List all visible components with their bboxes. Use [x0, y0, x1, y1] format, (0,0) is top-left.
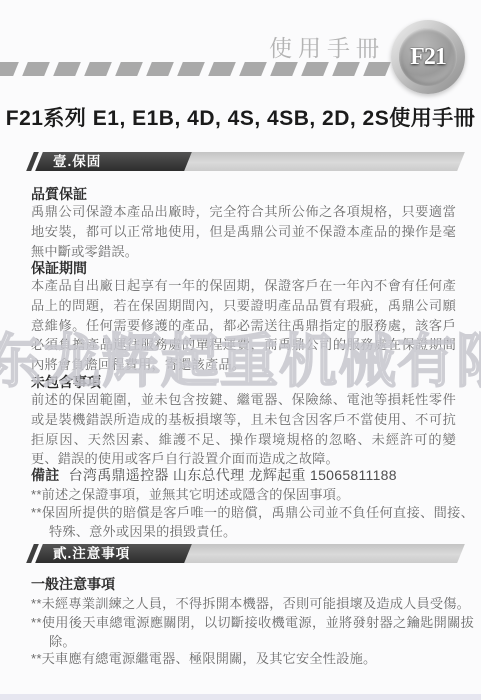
heading-general-precautions: 一般注意事項 — [31, 574, 456, 594]
distributor-note: 備註台湾禹鼎遥控器 山东总代理 龙辉起重 15065811188 — [31, 465, 456, 485]
precaution-bullet-3: **天車應有總電源繼電器、極限開關，及其它安全性設施。 — [31, 649, 474, 668]
heading-warranty-period: 保証期間 — [31, 258, 456, 278]
f21-badge-label: F21 — [410, 44, 446, 71]
paragraph-warranty-period: 本產品自出廠日起享有一年的保固期，保證客戶在一年內不會有任何產品上的問題，若在保… — [31, 276, 456, 375]
stripe — [363, 62, 391, 76]
stripe — [332, 62, 360, 76]
f21-badge: F21 — [391, 20, 465, 94]
precaution-bullet-2: **使用後天車總電源應關閉，以切斷接收機電源，並將發射器之鑰匙開關拔除。 — [31, 613, 474, 651]
stripe — [177, 62, 205, 76]
paragraph-quality-guarantee: 禹鼎公司保證本產品出廠時，完全符合其所公佈之各項規格，只要適當地安裝，都可以正常… — [31, 202, 456, 261]
warranty-bullet-2: **保固所提供的賠償是客戶唯一的賠償，禹鼎公司並不負任何直接、間接、特殊、意外或… — [31, 503, 474, 541]
header-stripe-band — [0, 62, 398, 76]
section-bar-dark: 壹.保固 — [35, 152, 193, 171]
stripe — [84, 62, 112, 76]
stripe — [270, 62, 298, 76]
note-label: 備註 — [31, 467, 60, 483]
scan-bottom-strip — [0, 694, 481, 700]
stripe — [22, 62, 50, 76]
warranty-bullet-1: **前述之保證事項，並無其它明述或隱含的保固事項。 — [31, 485, 474, 504]
section-bar-light — [184, 152, 465, 171]
section-bar-warranty: 壹.保固 — [30, 152, 461, 171]
heading-not-included: 未包含事項 — [31, 372, 456, 392]
document-title: F21系列 E1, E1B, 4D, 4S, 4SB, 2D, 2S使用手冊 — [0, 102, 481, 132]
section-bar-label: 壹.保固 — [53, 152, 189, 171]
section-bar-precautions: 貳.注意事項 — [30, 544, 461, 563]
stripe — [0, 62, 19, 76]
stripe — [115, 62, 143, 76]
section-bar-light — [184, 544, 465, 563]
heading-quality-guarantee: 品質保証 — [31, 184, 456, 204]
stripe — [239, 62, 267, 76]
section-bar-dark: 貳.注意事項 — [35, 544, 193, 563]
stripe — [53, 62, 81, 76]
precaution-bullet-1: **未經專業訓練之人員，不得拆開本機器，否則可能損壞及造成人員受傷。 — [31, 594, 474, 613]
stripe — [208, 62, 236, 76]
stripe — [146, 62, 174, 76]
manual-title-label: 使用手冊 — [269, 30, 385, 63]
paragraph-not-included: 前述的保固範圍，並未包含按鍵、繼電器、保險絲、電池等損耗性零件或是裝機錯誤所造成… — [31, 390, 456, 469]
note-text: 台湾禹鼎遥控器 山东总代理 龙辉起重 15065811188 — [69, 467, 397, 483]
section-bar-label: 貳.注意事項 — [53, 544, 189, 563]
stripe — [301, 62, 329, 76]
f21-badge-inner: F21 — [399, 28, 457, 86]
